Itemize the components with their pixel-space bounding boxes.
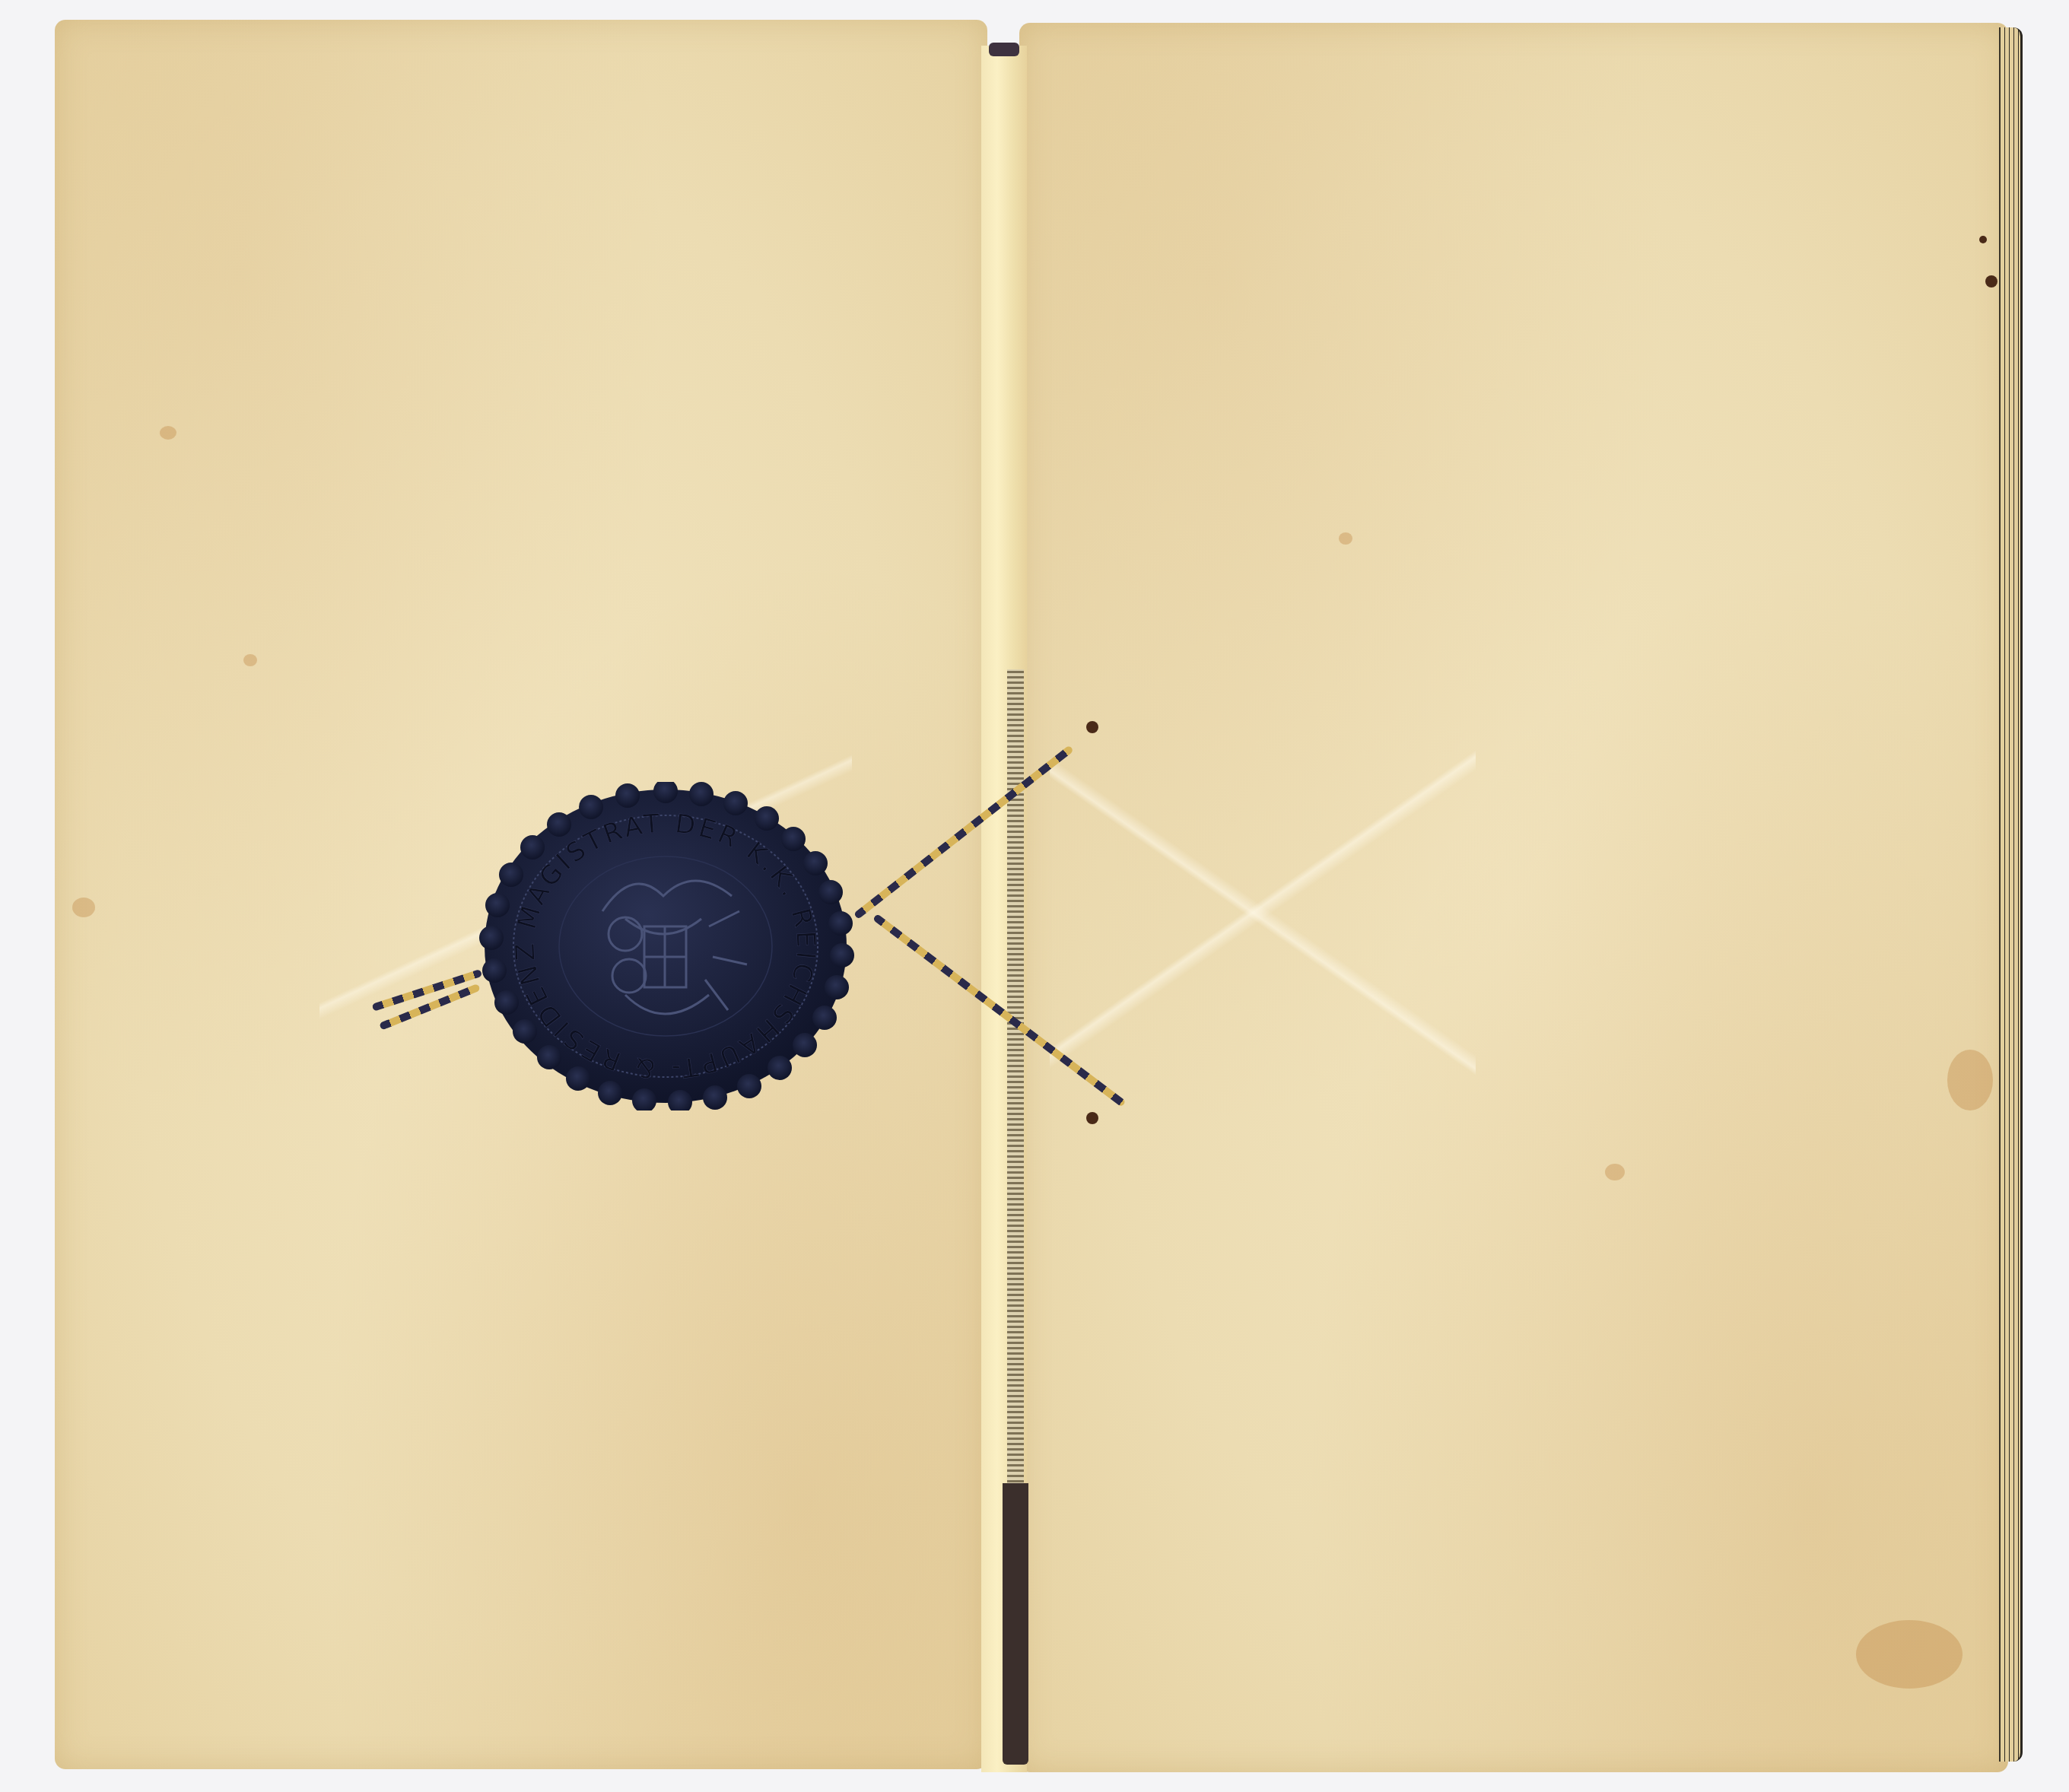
official-seal: MAGISTRAT DER K.K. REICHSHAUPT- & RESIDE… xyxy=(473,782,858,1110)
foxing-stain xyxy=(1605,1164,1625,1180)
foxing-stain xyxy=(1339,532,1352,545)
foxing-stain xyxy=(160,426,176,440)
rust-spot xyxy=(1985,275,1997,288)
scanned-booklet: MAGISTRAT DER K.K. REICHSHAUPT- & RESIDE… xyxy=(0,0,2069,1792)
embossed-fold-right xyxy=(1050,715,1476,1110)
page-edges xyxy=(1999,27,2023,1762)
foxing-stain xyxy=(72,898,95,917)
cord-hole-top xyxy=(1086,721,1098,733)
foxing-stain xyxy=(1947,1050,1993,1110)
spine-top-cloth xyxy=(989,43,1019,56)
foxing-stain xyxy=(243,654,257,666)
rust-spot xyxy=(1979,236,1987,243)
foxing-stain xyxy=(1856,1620,1963,1689)
spine-bottom-cloth xyxy=(1003,1483,1028,1765)
cord-hole-bottom xyxy=(1086,1112,1098,1124)
